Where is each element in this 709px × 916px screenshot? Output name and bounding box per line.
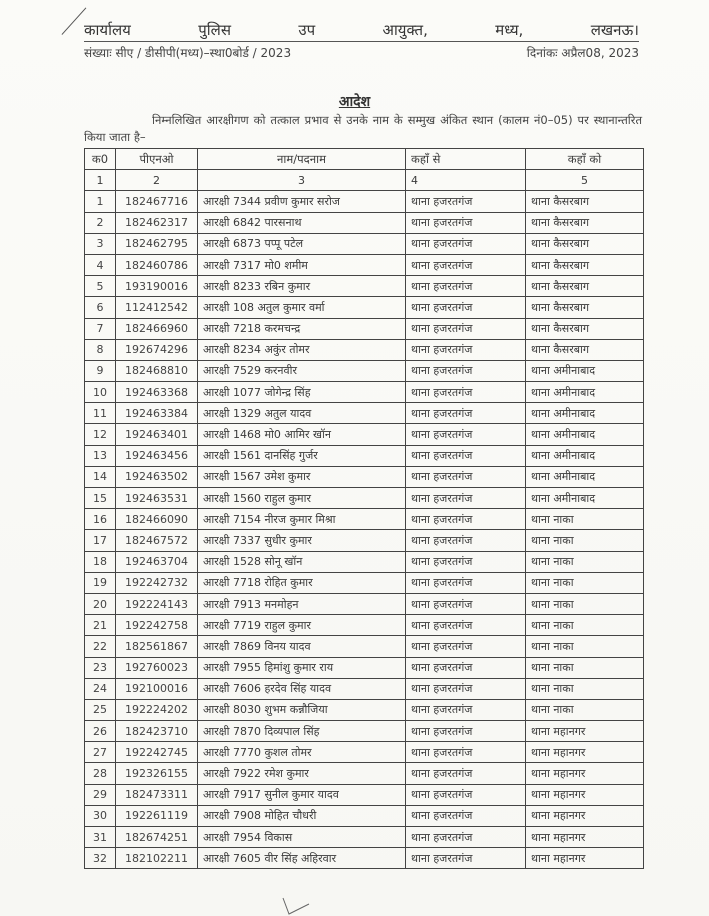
to-cell: थाना महानगर [526, 763, 644, 784]
to-cell: थाना अमीनाबाद [526, 488, 644, 509]
pno-cell: 182466960 [116, 318, 198, 339]
from-cell: थाना हजरतगंज [406, 636, 526, 657]
serial-cell: 18 [85, 551, 116, 572]
column-number-row: 1 2 3 4 5 [85, 170, 644, 191]
signature-mark [281, 896, 321, 916]
column-number: 1 [85, 170, 116, 191]
from-cell: थाना हजरतगंज [406, 657, 526, 678]
from-cell: थाना हजरतगंज [406, 212, 526, 233]
from-cell: थाना हजरतगंज [406, 424, 526, 445]
serial-cell: 2 [85, 212, 116, 233]
from-cell: थाना हजरतगंज [406, 742, 526, 763]
to-cell: थाना कैसरबाग [526, 276, 644, 297]
table-row: 25192224202आरक्षी 8030 शुभम कन्नौजियाथान… [85, 699, 644, 720]
pno-cell: 192326155 [116, 763, 198, 784]
to-cell: थाना कैसरबाग [526, 233, 644, 254]
serial-cell: 30 [85, 805, 116, 826]
name-cell: आरक्षी 7955 हिमांशु कुमार राय [198, 657, 406, 678]
name-cell: आरक्षी 1561 दानसिंह गुर्जर [198, 445, 406, 466]
table-row: 17182467572आरक्षी 7337 सुधीर कुमारथाना ह… [85, 530, 644, 551]
from-cell: थाना हजरतगंज [406, 297, 526, 318]
table-row: 9182468810आरक्षी 7529 करनवीरथाना हजरतगंज… [85, 360, 644, 381]
from-cell: थाना हजरतगंज [406, 805, 526, 826]
table-row: 29182473311आरक्षी 7917 सुनील कुमार यादवथ… [85, 784, 644, 805]
name-cell: आरक्षी 7917 सुनील कुमार यादव [198, 784, 406, 805]
pno-cell: 192242758 [116, 615, 198, 636]
pno-cell: 182473311 [116, 784, 198, 805]
to-cell: थाना नाका [526, 657, 644, 678]
from-cell: थाना हजरतगंज [406, 276, 526, 297]
serial-cell: 6 [85, 297, 116, 318]
pno-cell: 182102211 [116, 848, 198, 869]
name-cell: आरक्षी 7922 रमेश कुमार [198, 763, 406, 784]
serial-cell: 1 [85, 191, 116, 212]
serial-cell: 7 [85, 318, 116, 339]
name-cell: आरक्षी 1468 मो0 आमिर खॉन [198, 424, 406, 445]
table-row: 7182466960आरक्षी 7218 करमचन्द्रथाना हजरत… [85, 318, 644, 339]
name-cell: आरक्षी 7317 मो0 शमीम [198, 254, 406, 275]
header-pno: पीएनओ [116, 149, 198, 170]
document-page: कार्यालय पुलिस उप आयुक्त, मध्य, लखनऊ। सं… [0, 0, 709, 916]
from-cell: थाना हजरतगंज [406, 530, 526, 551]
name-cell: आरक्षी 1560 राहुल कुमार [198, 488, 406, 509]
table-row: 23192760023आरक्षी 7955 हिमांशु कुमार राय… [85, 657, 644, 678]
pno-cell: 192261119 [116, 805, 198, 826]
name-cell: आरक्षी 7218 करमचन्द्र [198, 318, 406, 339]
to-cell: थाना कैसरबाग [526, 339, 644, 360]
name-cell: आरक्षी 8030 शुभम कन्नौजिया [198, 699, 406, 720]
serial-cell: 20 [85, 593, 116, 614]
pno-cell: 192242745 [116, 742, 198, 763]
from-cell: थाना हजरतगंज [406, 699, 526, 720]
pno-cell: 182466090 [116, 509, 198, 530]
pno-cell: 192463368 [116, 382, 198, 403]
serial-cell: 32 [85, 848, 116, 869]
office-word: मध्य, [495, 20, 523, 40]
table-row: 28192326155आरक्षी 7922 रमेश कुमारथाना हज… [85, 763, 644, 784]
pno-cell: 182467716 [116, 191, 198, 212]
to-cell: थाना नाका [526, 572, 644, 593]
pno-cell: 182468810 [116, 360, 198, 381]
serial-cell: 22 [85, 636, 116, 657]
from-cell: थाना हजरतगंज [406, 254, 526, 275]
to-cell: थाना कैसरबाग [526, 318, 644, 339]
to-cell: थाना अमीनाबाद [526, 424, 644, 445]
from-cell: थाना हजरतगंज [406, 191, 526, 212]
column-number: 2 [116, 170, 198, 191]
name-cell: आरक्षी 7719 राहुल कुमार [198, 615, 406, 636]
pno-cell: 192100016 [116, 678, 198, 699]
from-cell: थाना हजरतगंज [406, 445, 526, 466]
serial-cell: 25 [85, 699, 116, 720]
name-cell: आरक्षी 7606 हरदेव सिंह यादव [198, 678, 406, 699]
pno-cell: 192242732 [116, 572, 198, 593]
to-cell: थाना कैसरबाग [526, 297, 644, 318]
pno-cell: 192463531 [116, 488, 198, 509]
serial-cell: 5 [85, 276, 116, 297]
name-cell: आरक्षी 1528 सोनू खॉन [198, 551, 406, 572]
to-cell: थाना महानगर [526, 805, 644, 826]
name-cell: आरक्षी 7605 वीर सिंह अहिरवार [198, 848, 406, 869]
document-date: दिनांकः अप्रैल08, 2023 [527, 44, 639, 61]
table-row: 27192242745आरक्षी 7770 कुशल तोमरथाना हजर… [85, 742, 644, 763]
name-cell: आरक्षी 8233 रबिन कुमार [198, 276, 406, 297]
from-cell: थाना हजरतगंज [406, 509, 526, 530]
table-row: 15192463531आरक्षी 1560 राहुल कुमारथाना ह… [85, 488, 644, 509]
name-cell: आरक्षी 1329 अतुल यादव [198, 403, 406, 424]
reference-line: संख्याः सीए / डीसीपी(मध्य)–स्था0बोर्ड / … [84, 44, 639, 61]
name-cell: आरक्षी 7908 मोहित चौधरी [198, 805, 406, 826]
serial-cell: 9 [85, 360, 116, 381]
name-cell: आरक्षी 7718 रोहित कुमार [198, 572, 406, 593]
pno-cell: 182423710 [116, 721, 198, 742]
from-cell: थाना हजरतगंज [406, 784, 526, 805]
table-row: 12192463401आरक्षी 1468 मो0 आमिर खॉनथाना … [85, 424, 644, 445]
name-cell: आरक्षी 7869 विनय यादव [198, 636, 406, 657]
table-row: 18192463704आरक्षी 1528 सोनू खॉनथाना हजरत… [85, 551, 644, 572]
from-cell: थाना हजरतगंज [406, 572, 526, 593]
name-cell: आरक्षी 6842 पारसनाथ [198, 212, 406, 233]
header-from: कहाँ से [406, 149, 526, 170]
serial-cell: 17 [85, 530, 116, 551]
table-row: 22182561867आरक्षी 7869 विनय यादवथाना हजर… [85, 636, 644, 657]
table-row: 19192242732आरक्षी 7718 रोहित कुमारथाना ह… [85, 572, 644, 593]
office-word: उप [298, 20, 315, 40]
to-cell: थाना कैसरबाग [526, 254, 644, 275]
column-number: 3 [198, 170, 406, 191]
to-cell: थाना कैसरबाग [526, 191, 644, 212]
table-header-row: क0 पीएनओ नाम/पदनाम कहाँ से कहाँ को [85, 149, 644, 170]
name-cell: आरक्षी 7870 दिव्यपाल सिंह [198, 721, 406, 742]
name-cell: आरक्षी 1567 उमेश कुमार [198, 466, 406, 487]
pno-cell: 182467572 [116, 530, 198, 551]
name-cell: आरक्षी 7529 करनवीर [198, 360, 406, 381]
office-word: पुलिस [198, 20, 231, 40]
pno-cell: 192463384 [116, 403, 198, 424]
pno-cell: 192463704 [116, 551, 198, 572]
to-cell: थाना अमीनाबाद [526, 403, 644, 424]
pno-cell: 192463401 [116, 424, 198, 445]
serial-cell: 3 [85, 233, 116, 254]
from-cell: थाना हजरतगंज [406, 721, 526, 742]
order-title: आदेश [0, 92, 709, 111]
to-cell: थाना नाका [526, 530, 644, 551]
to-cell: थाना नाका [526, 509, 644, 530]
office-word: कार्यालय [84, 20, 131, 40]
pno-cell: 182674251 [116, 827, 198, 848]
from-cell: थाना हजरतगंज [406, 360, 526, 381]
name-cell: आरक्षी 7770 कुशल तोमर [198, 742, 406, 763]
to-cell: थाना महानगर [526, 848, 644, 869]
from-cell: थाना हजरतगंज [406, 466, 526, 487]
pno-cell: 182462317 [116, 212, 198, 233]
serial-cell: 19 [85, 572, 116, 593]
order-paragraph: निम्नलिखित आरक्षीगण को तत्काल प्रभाव से … [84, 112, 642, 146]
from-cell: थाना हजरतगंज [406, 848, 526, 869]
pno-cell: 182561867 [116, 636, 198, 657]
from-cell: थाना हजरतगंज [406, 678, 526, 699]
serial-cell: 13 [85, 445, 116, 466]
from-cell: थाना हजरतगंज [406, 593, 526, 614]
pno-cell: 112412542 [116, 297, 198, 318]
from-cell: थाना हजरतगंज [406, 233, 526, 254]
pno-cell: 182460786 [116, 254, 198, 275]
pno-cell: 192760023 [116, 657, 198, 678]
table-row: 32182102211आरक्षी 7605 वीर सिंह अहिरवारथ… [85, 848, 644, 869]
table-row: 24192100016आरक्षी 7606 हरदेव सिंह यादवथा… [85, 678, 644, 699]
pen-mark [62, 7, 87, 35]
table-row: 31182674251आरक्षी 7954 विकासथाना हजरतगंज… [85, 827, 644, 848]
office-word: लखनऊ। [591, 20, 639, 40]
to-cell: थाना नाका [526, 636, 644, 657]
table-row: 5193190016आरक्षी 8233 रबिन कुमारथाना हजर… [85, 276, 644, 297]
serial-cell: 10 [85, 382, 116, 403]
to-cell: थाना नाका [526, 593, 644, 614]
to-cell: थाना अमीनाबाद [526, 360, 644, 381]
to-cell: थाना नाका [526, 699, 644, 720]
transfer-table: क0 पीएनओ नाम/पदनाम कहाँ से कहाँ को 1 2 3… [84, 148, 644, 869]
from-cell: थाना हजरतगंज [406, 488, 526, 509]
table-row: 4182460786आरक्षी 7317 मो0 शमीमथाना हजरतग… [85, 254, 644, 275]
column-number: 5 [526, 170, 644, 191]
pno-cell: 192463502 [116, 466, 198, 487]
serial-cell: 11 [85, 403, 116, 424]
serial-cell: 14 [85, 466, 116, 487]
from-cell: थाना हजरतगंज [406, 403, 526, 424]
header-to: कहाँ को [526, 149, 644, 170]
name-cell: आरक्षी 6873 पप्पू पटेल [198, 233, 406, 254]
serial-cell: 29 [85, 784, 116, 805]
from-cell: थाना हजरतगंज [406, 551, 526, 572]
office-heading: कार्यालय पुलिस उप आयुक्त, मध्य, लखनऊ। [84, 20, 639, 42]
table-row: 20192224143आरक्षी 7913 मनमोहनथाना हजरतगं… [85, 593, 644, 614]
serial-cell: 21 [85, 615, 116, 636]
serial-cell: 16 [85, 509, 116, 530]
table-row: 21192242758आरक्षी 7719 राहुल कुमारथाना ह… [85, 615, 644, 636]
to-cell: थाना नाका [526, 678, 644, 699]
to-cell: थाना महानगर [526, 784, 644, 805]
from-cell: थाना हजरतगंज [406, 615, 526, 636]
name-cell: आरक्षी 7913 मनमोहन [198, 593, 406, 614]
serial-cell: 4 [85, 254, 116, 275]
to-cell: थाना अमीनाबाद [526, 466, 644, 487]
pno-cell: 182462795 [116, 233, 198, 254]
table-row: 6112412542आरक्षी 108 अतुल कुमार वर्माथान… [85, 297, 644, 318]
pno-cell: 192224143 [116, 593, 198, 614]
serial-cell: 12 [85, 424, 116, 445]
serial-cell: 28 [85, 763, 116, 784]
to-cell: थाना अमीनाबाद [526, 382, 644, 403]
office-word: आयुक्त, [382, 20, 427, 40]
serial-cell: 26 [85, 721, 116, 742]
pno-cell: 192224202 [116, 699, 198, 720]
name-cell: आरक्षी 7337 सुधीर कुमार [198, 530, 406, 551]
from-cell: थाना हजरतगंज [406, 339, 526, 360]
table-body: 1182467716आरक्षी 7344 प्रवीण कुमार सरोजथ… [85, 191, 644, 869]
serial-cell: 31 [85, 827, 116, 848]
to-cell: थाना अमीनाबाद [526, 445, 644, 466]
table-row: 2182462317आरक्षी 6842 पारसनाथथाना हजरतगं… [85, 212, 644, 233]
to-cell: थाना महानगर [526, 742, 644, 763]
pno-cell: 193190016 [116, 276, 198, 297]
name-cell: आरक्षी 108 अतुल कुमार वर्मा [198, 297, 406, 318]
table-row: 8192674296आरक्षी 8234 अकुंर तोमरथाना हजर… [85, 339, 644, 360]
serial-cell: 27 [85, 742, 116, 763]
column-number: 4 [406, 170, 526, 191]
table-row: 3182462795आरक्षी 6873 पप्पू पटेलथाना हजर… [85, 233, 644, 254]
table-row: 26182423710आरक्षी 7870 दिव्यपाल सिंहथाना… [85, 721, 644, 742]
to-cell: थाना कैसरबाग [526, 212, 644, 233]
pno-cell: 192463456 [116, 445, 198, 466]
to-cell: थाना महानगर [526, 721, 644, 742]
to-cell: थाना नाका [526, 551, 644, 572]
to-cell: थाना महानगर [526, 827, 644, 848]
serial-cell: 8 [85, 339, 116, 360]
table-row: 10192463368आरक्षी 1077 जोगेन्द्र सिंहथान… [85, 382, 644, 403]
from-cell: थाना हजरतगंज [406, 763, 526, 784]
table-row: 14192463502आरक्षी 1567 उमेश कुमारथाना हज… [85, 466, 644, 487]
table-row: 30192261119आरक्षी 7908 मोहित चौधरीथाना ह… [85, 805, 644, 826]
header-name: नाम/पदनाम [198, 149, 406, 170]
from-cell: थाना हजरतगंज [406, 382, 526, 403]
name-cell: आरक्षी 1077 जोगेन्द्र सिंह [198, 382, 406, 403]
name-cell: आरक्षी 7344 प्रवीण कुमार सरोज [198, 191, 406, 212]
from-cell: थाना हजरतगंज [406, 318, 526, 339]
table-row: 13192463456आरक्षी 1561 दानसिंह गुर्जरथान… [85, 445, 644, 466]
serial-cell: 23 [85, 657, 116, 678]
from-cell: थाना हजरतगंज [406, 827, 526, 848]
header-serial: क0 [85, 149, 116, 170]
serial-cell: 15 [85, 488, 116, 509]
to-cell: थाना नाका [526, 615, 644, 636]
name-cell: आरक्षी 7954 विकास [198, 827, 406, 848]
reference-number: संख्याः सीए / डीसीपी(मध्य)–स्था0बोर्ड / … [84, 44, 291, 61]
table-row: 1182467716आरक्षी 7344 प्रवीण कुमार सरोजथ… [85, 191, 644, 212]
pno-cell: 192674296 [116, 339, 198, 360]
name-cell: आरक्षी 7154 नीरज कुमार मिश्रा [198, 509, 406, 530]
table-row: 11192463384आरक्षी 1329 अतुल यादवथाना हजर… [85, 403, 644, 424]
name-cell: आरक्षी 8234 अकुंर तोमर [198, 339, 406, 360]
serial-cell: 24 [85, 678, 116, 699]
table-row: 16182466090आरक्षी 7154 नीरज कुमार मिश्रा… [85, 509, 644, 530]
